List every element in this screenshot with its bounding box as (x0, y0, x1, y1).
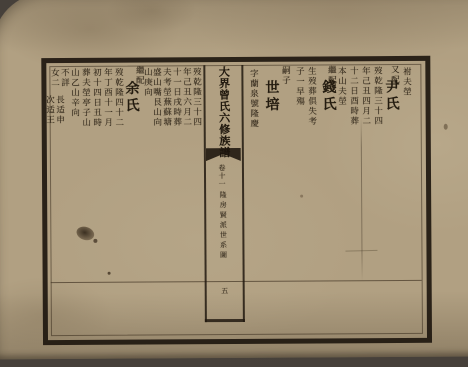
ink-speck-3 (444, 124, 448, 130)
right-col-wife3-name: 錢氏 (319, 79, 336, 113)
left-col-wife-name: 余氏 (122, 81, 139, 115)
right-col-heir-name: 世培 (262, 80, 279, 114)
left-col-wife-death-1: 歿乾隆四十二 (113, 68, 123, 128)
left-col-death-date-3: 十一日戌時葬 (171, 67, 181, 127)
right-col-burial-place: 本山夫塋 (336, 66, 346, 106)
left-col-death-date-2: 年己丑六月二 (181, 67, 191, 127)
ink-speck-2 (108, 272, 111, 275)
left-col-wife-death-3: 初十四日丑時 (91, 68, 101, 128)
left-col-burial-place-1: 夫考塋蕪蘇塘 (161, 67, 171, 127)
right-col-courtesy-name: 字蘭泉號隆慶 (248, 69, 258, 129)
left-col-burial-place-2: 盛山嘴艮山向 (151, 67, 161, 127)
spine-section: 隆房賢派世系圖 (219, 191, 227, 261)
right-col-burial-note: 祔夫塋 (401, 67, 411, 97)
ink-speck-4 (300, 195, 303, 198)
left-col-daughter-2: 次适王 (45, 95, 55, 125)
right-col-death-date-2: 年己丑四月二 (360, 66, 370, 126)
right-col-wife2-name: 尹氏 (382, 79, 399, 113)
spine-title: 大界曾氏六修族譜 (204, 66, 243, 158)
right-col-records-lost: 生歿葬俱失考 (306, 67, 316, 127)
spine-volume: 卷十一 (218, 164, 226, 188)
left-col-death-date-1: 歿乾隆三十四 (191, 67, 201, 127)
photo-backdrop: 大界曾氏六修族譜 卷十一 隆房賢派世系圖 五 祔夫塋 又配 尹氏 歿乾隆三十四 … (0, 0, 468, 367)
right-col-son-died-young: 子一早殤 (294, 67, 304, 107)
left-col-wife-burial-1: 葬夫塋亭子山 (80, 68, 90, 128)
left-col-daughter-1: 長适申 (55, 95, 65, 125)
right-col-death-date-3: 十二日酉時葬 (348, 66, 358, 126)
right-col-heir-prefix: 嗣子 (280, 66, 290, 86)
genealogy-paper-page: 大界曾氏六修族譜 卷十一 隆房賢派世系圖 五 祔夫塋 又配 尹氏 歿乾隆三十四 … (0, 0, 468, 359)
left-col-unknown-note: 不詳 (59, 68, 69, 88)
spine-bottom-crossbar (205, 319, 245, 322)
ink-speck-1 (93, 239, 97, 243)
right-col-death-date-1: 歿乾隆三十四 (372, 66, 382, 126)
left-col-daughters-count: 女二 (49, 68, 59, 88)
left-col-wife-burial-2: 山乙山辛向 (69, 68, 79, 118)
left-col-wife-death-2: 年丁酉十一月 (102, 68, 112, 128)
spine-page-number: 五 (221, 287, 229, 295)
